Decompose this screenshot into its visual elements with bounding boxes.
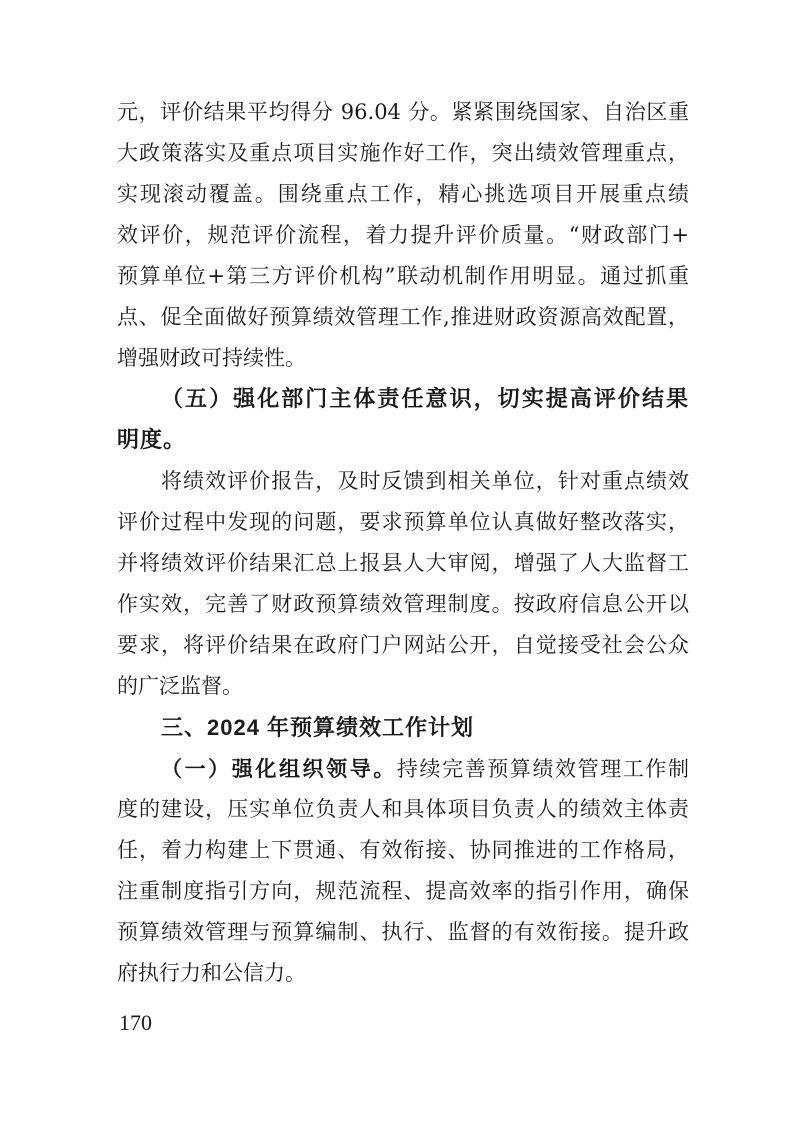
text-line: 预算绩效管理与预算编制、执行、监督的有效衔接。提升政: [117, 912, 689, 953]
line-text: 持续完善预算绩效管理工作制: [397, 757, 689, 781]
text-line: 注重制度指引方向，规范流程、提高效率的指引作用，确保: [117, 871, 689, 912]
text-line: 任，着力构建上下贯通、有效衔接、协同推进的工作格局，: [117, 830, 689, 871]
text-line: 的广泛监督。: [117, 666, 689, 707]
text-line: 并将绩效评价结果汇总上报县人大审阅，增强了人大监督工: [117, 543, 689, 584]
page-number: 170: [119, 1008, 152, 1038]
text-line: 三、2024 年预算绩效工作计划: [117, 707, 689, 748]
text-line: （五）强化部门主体责任意识，切实提高评价结果透: [117, 379, 689, 420]
text-line: 实现滚动覆盖。围绕重点工作，精心挑选项目开展重点绩: [117, 174, 689, 215]
text-line: 元，评价结果平均得分 96.04 分。紧紧围绕国家、自治区重: [117, 92, 689, 133]
document-page: 元，评价结果平均得分 96.04 分。紧紧围绕国家、自治区重大政策落实及重点项目…: [0, 0, 793, 1122]
text-line: 预算单位+第三方评价机构”联动机制作用明显。通过抓重: [117, 256, 689, 297]
text-line: 增强财政可持续性。: [117, 338, 689, 379]
text-line: 度的建设，压实单位负责人和具体项目负责人的绩效主体责: [117, 789, 689, 830]
text-line: 大政策落实及重点项目实施作好工作，突出绩效管理重点，: [117, 133, 689, 174]
text-line: 明度。: [117, 420, 689, 461]
text-line: 府执行力和公信力。: [117, 953, 689, 994]
document-body: 元，评价结果平均得分 96.04 分。紧紧围绕国家、自治区重大政策落实及重点项目…: [117, 92, 689, 994]
line-lead-heading: （一）强化组织领导。: [161, 756, 397, 781]
text-line: 效评价，规范评价流程，着力提升评价质量。“财政部门+: [117, 215, 689, 256]
text-line: 要求，将评价结果在政府门户网站公开，自觉接受社会公众: [117, 625, 689, 666]
text-line: 评价过程中发现的问题，要求预算单位认真做好整改落实，: [117, 502, 689, 543]
text-line: 点、促全面做好预算绩效管理工作,推进财政资源高效配置，: [117, 297, 689, 338]
text-line: （一）强化组织领导。持续完善预算绩效管理工作制: [117, 748, 689, 789]
text-line: 作实效，完善了财政预算绩效管理制度。按政府信息公开以: [117, 584, 689, 625]
text-line: 将绩效评价报告，及时反馈到相关单位，针对重点绩效: [117, 461, 689, 502]
